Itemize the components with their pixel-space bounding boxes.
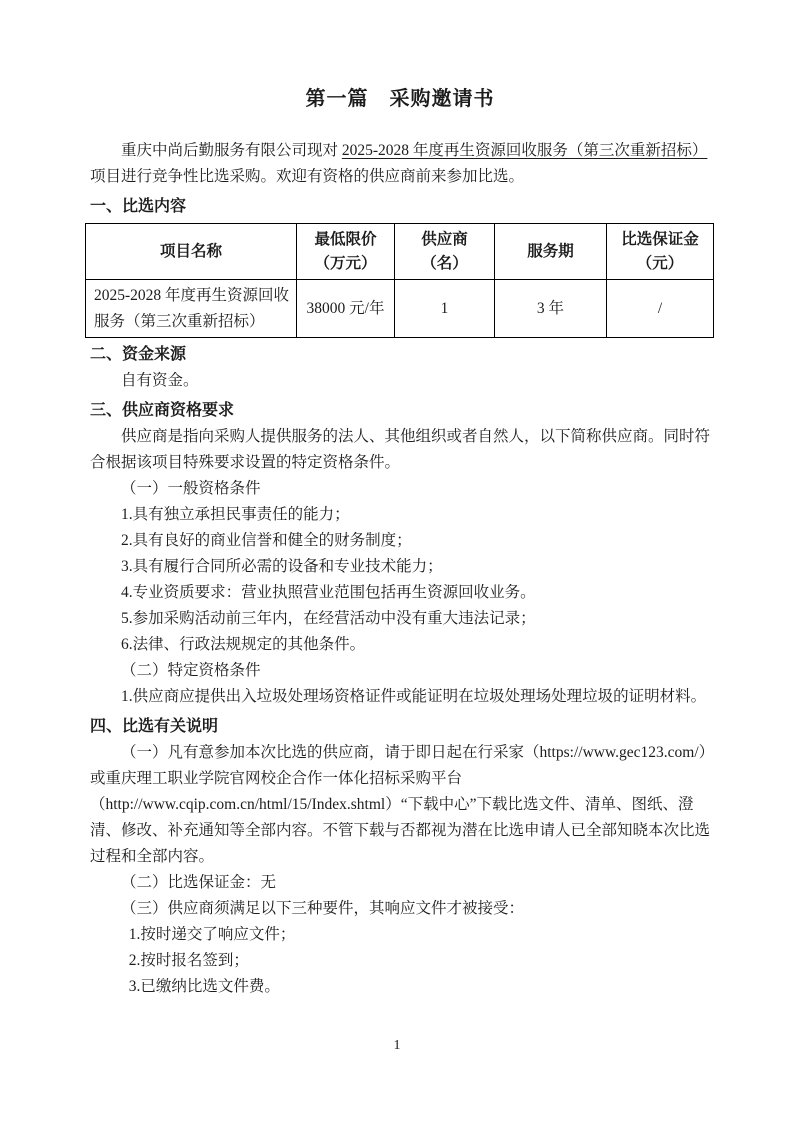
table-header-service-period: 服务期 (495, 224, 607, 280)
section3-general-item: 1.具有独立承担民事责任的能力； (90, 502, 710, 528)
table-cell-project-name: 2025-2028 年度再生资源回收服务（第三次重新招标） (86, 280, 297, 338)
section4-item3-subitem: 1.按时递交了响应文件； (90, 922, 710, 948)
table-cell-deposit: / (607, 280, 714, 338)
table-cell-min-price: 38000 元/年 (297, 280, 395, 338)
page-title: 第一篇 采购邀请书 (90, 86, 710, 112)
intro-text-post: 项目进行竞争性比选采购。欢迎有资格的供应商前来参加比选。 (90, 168, 524, 185)
page-number: 1 (0, 1036, 794, 1056)
table-header-row: 项目名称 最低限价 （万元） 供应商 （名） 服务期 比选保证金 （元） (86, 224, 714, 280)
section3-general-item: 2.具有良好的商业信誉和健全的财务制度； (90, 528, 710, 554)
table-header-supplier-count: 供应商 （名） (395, 224, 495, 280)
table-cell-service-period: 3 年 (495, 280, 607, 338)
section4-item3: （三）供应商须满足以下三种要件，其响应文件才被接受： (90, 896, 710, 922)
intro-paragraph: 重庆中尚后勤服务有限公司现对 2025-2028 年度再生资源回收服务（第三次重… (90, 138, 710, 190)
section4-heading: 四、比选有关说明 (90, 714, 710, 740)
section4-item3-subitem: 2.按时报名签到； (90, 948, 710, 974)
section3-specific-item: 1.供应商应提供出入垃圾处理场资格证件或能证明在垃圾处理场处理垃圾的证明材料。 (90, 684, 710, 710)
section3-general-subheading: （一）一般资格条件 (90, 476, 710, 502)
section4-item1: （一）凡有意参加本次比选的供应商，请于即日起在行采家（https://www.g… (90, 740, 710, 870)
table-header-min-price: 最低限价 （万元） (297, 224, 395, 280)
table-row: 2025-2028 年度再生资源回收服务（第三次重新招标） 38000 元/年 … (86, 280, 714, 338)
section2-heading: 二、资金来源 (90, 342, 710, 368)
intro-text-pre: 重庆中尚后勤服务有限公司现对 (121, 142, 342, 159)
section3-specific-subheading: （二）特定资格条件 (90, 658, 710, 684)
table-header-deposit: 比选保证金 （元） (607, 224, 714, 280)
section3-intro: 供应商是指向采购人提供服务的法人、其他组织或者自然人，以下简称供应商。同时符合根… (90, 424, 710, 476)
section4-item3-subitem: 3.已缴纳比选文件费。 (90, 974, 710, 1000)
section3-general-item: 5.参加采购活动前三年内，在经营活动中没有重大违法记录； (90, 606, 710, 632)
table-header-project-name: 项目名称 (86, 224, 297, 280)
intro-project-name-underlined: 2025-2028 年度再生资源回收服务（第三次重新招标） (342, 142, 708, 159)
comparison-content-table: 项目名称 最低限价 （万元） 供应商 （名） 服务期 比选保证金 （元） 202… (85, 223, 714, 338)
section2-body: 自有资金。 (90, 368, 710, 394)
section3-general-item: 4.专业资质要求：营业执照营业范围包括再生资源回收业务。 (90, 580, 710, 606)
section3-general-item: 3.具有履行合同所必需的设备和专业技术能力； (90, 554, 710, 580)
section4-item2: （二）比选保证金：无 (90, 870, 710, 896)
table-cell-supplier-count: 1 (395, 280, 495, 338)
section1-heading: 一、比选内容 (90, 194, 710, 220)
section3-heading: 三、供应商资格要求 (90, 398, 710, 424)
section3-general-item: 6.法律、行政法规规定的其他条件。 (90, 632, 710, 658)
document-page: 第一篇 采购邀请书 重庆中尚后勤服务有限公司现对 2025-2028 年度再生资… (0, 0, 794, 1122)
